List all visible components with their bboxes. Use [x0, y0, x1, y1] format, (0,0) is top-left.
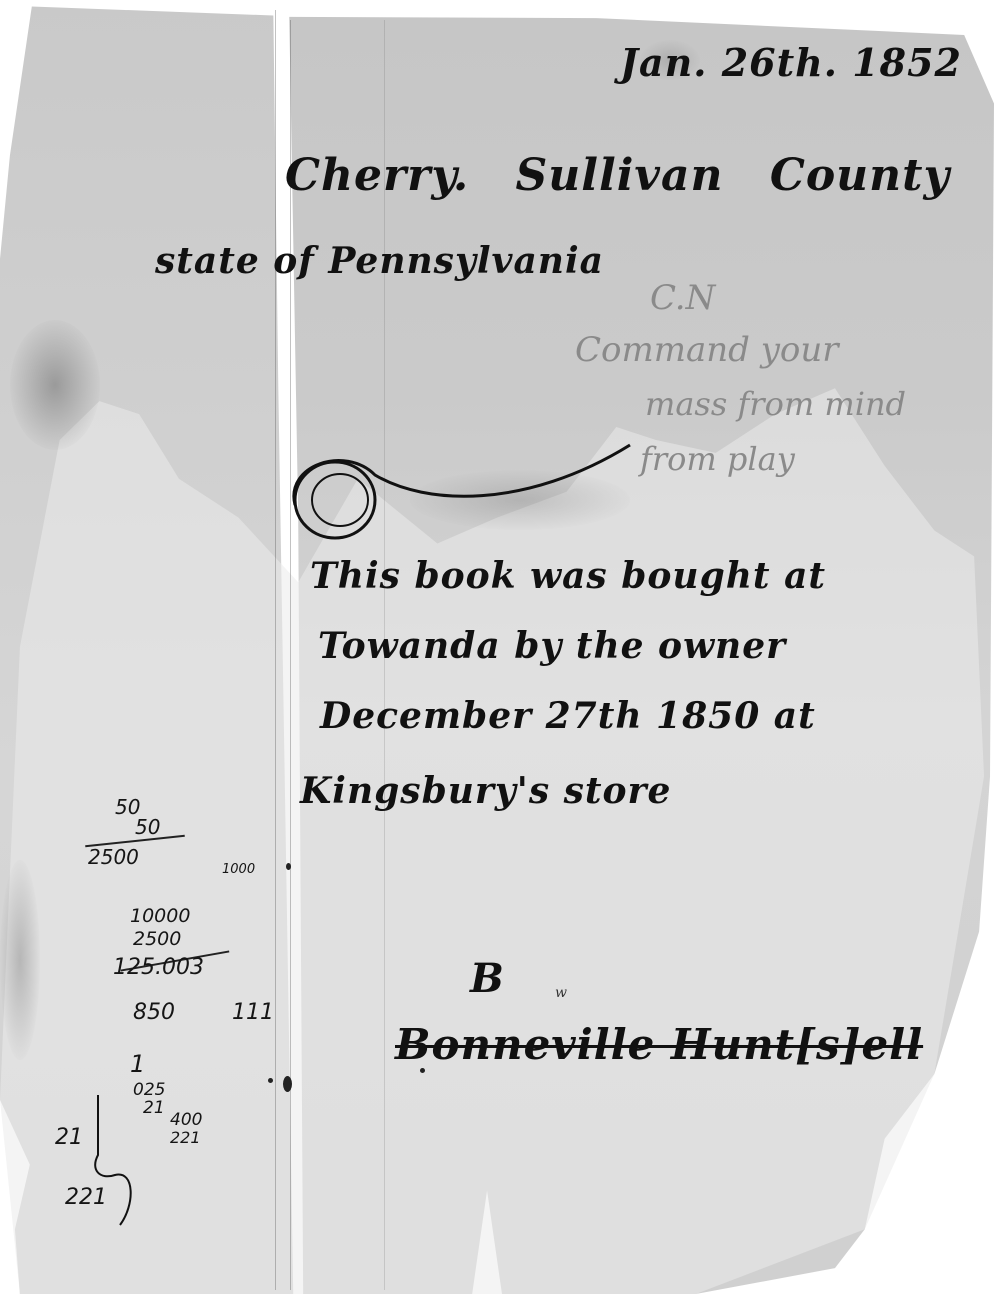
decorative-flourish-icon — [285, 445, 665, 555]
scanned-document-page: Jan. 26th. 1852 Cherry. Sullivan County … — [0, 0, 994, 1294]
place-line-state: state of Pennsylvania — [155, 240, 604, 282]
signature-mark: w — [555, 985, 567, 1001]
calc-2-row-4: 850 — [133, 1000, 175, 1025]
inscription-line-3: December 27th 1850 at — [320, 695, 816, 737]
inscription-line-1: This book was bought at — [310, 555, 826, 597]
calc-2-row-2: 2500 — [133, 928, 181, 950]
ink-spot — [286, 863, 291, 870]
stain — [10, 320, 100, 450]
fold-line — [290, 20, 291, 1290]
place-line-town-county: Cherry. Sullivan County — [285, 150, 950, 201]
calc-3-row-5: 221 — [170, 1128, 201, 1147]
calc-note-2: 111 — [232, 1000, 274, 1025]
calc-2-row-3: 125.003 — [113, 955, 204, 980]
pencil-note-line-1: Command your — [575, 330, 839, 370]
calc-divisor: 21 — [55, 1125, 83, 1150]
calc-1-row-2: 50 — [135, 815, 160, 839]
inscription-line-2: Towanda by the owner — [318, 625, 786, 667]
pencil-initials: C.N — [650, 278, 715, 318]
date-line: Jan. 26th. 1852 — [620, 40, 962, 85]
calc-2-row-1: 10000 — [130, 905, 190, 927]
inscription-line-4: Kingsbury's store — [300, 770, 671, 812]
signature-initial: B — [470, 955, 505, 1002]
ink-spot — [268, 1078, 273, 1083]
ink-spot — [283, 1076, 292, 1092]
stain — [0, 860, 40, 1060]
calc-note-1: 1000 — [222, 862, 255, 877]
division-bracket-icon — [90, 1085, 150, 1235]
calc-3-row-4: 400 — [170, 1110, 202, 1130]
fold-line — [275, 10, 276, 1290]
signature-struck-through: Bonneville Hunt[s]ell — [395, 1020, 923, 1069]
calc-1-result: 2500 — [88, 845, 139, 869]
pencil-note-line-2: mass from mind — [645, 385, 906, 423]
calc-3-row-1: 1 — [130, 1050, 145, 1078]
